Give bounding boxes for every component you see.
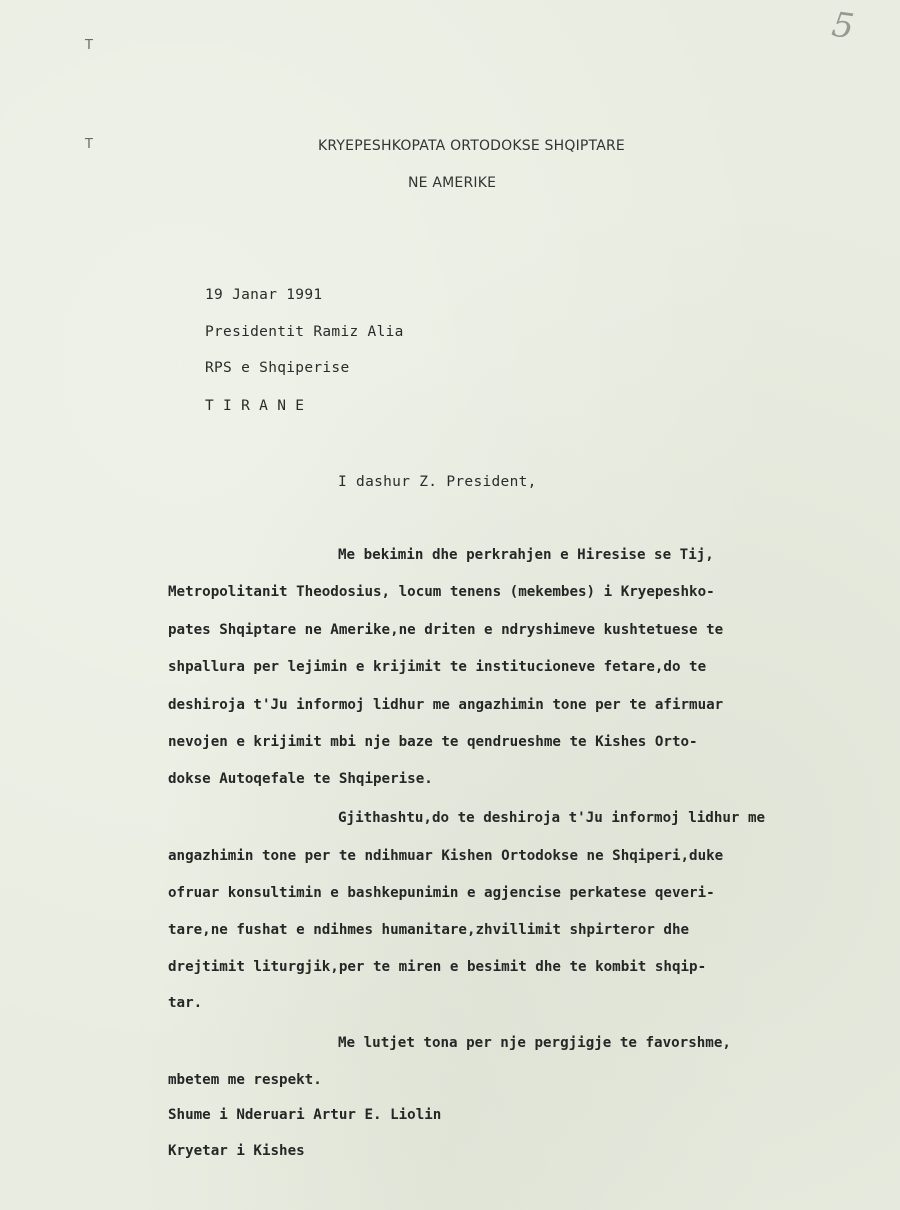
paragraph-line: dokse Autoqefale te Shqiperise.: [168, 771, 433, 787]
closing-line: mbetem me respekt.: [168, 1072, 322, 1088]
recipient-name: Presidentit Ramiz Alia: [205, 324, 404, 340]
letterhead-organization: KRYEPESHKOPATA ORTODOKSE SHQIPTARE: [318, 138, 625, 154]
paragraph-line: angazhimin tone per te ndihmuar Kishen O…: [168, 848, 723, 864]
signatory-title: Kryetar i Kishes: [168, 1143, 305, 1159]
letter-date: 19 Janar 1991: [205, 287, 322, 303]
margin-mark-header: T: [85, 137, 93, 152]
handwritten-page-number: 5: [829, 5, 856, 48]
letter-page: T T 5 KRYEPESHKOPATA ORTODOKSE SHQIPTARE…: [0, 0, 900, 1210]
paragraph-line: ofruar konsultimin e bashkepunimin e agj…: [168, 885, 715, 901]
paragraph-line: deshiroja t'Ju informoj lidhur me angazh…: [168, 697, 723, 713]
paragraph-line: nevojen e krijimit mbi nje baze te qendr…: [168, 734, 698, 750]
paragraph-line: tar.: [168, 995, 202, 1011]
paragraph-line: Me bekimin dhe perkrahjen e Hiresise se …: [338, 547, 714, 563]
paragraph-line: shpallura per lejimin e krijimit te inst…: [168, 659, 706, 675]
closing-line: Me lutjet tona per nje pergjigje te favo…: [338, 1035, 731, 1051]
recipient-country: RPS e Shqiperise: [205, 360, 349, 376]
paragraph-line: pates Shqiptare ne Amerike,ne driten e n…: [168, 622, 723, 638]
paragraph-line: tare,ne fushat e ndihmes humanitare,zhvi…: [168, 922, 689, 938]
paragraph-line: Gjithashtu,do te deshiroja t'Ju informoj…: [338, 810, 765, 826]
salutation: I dashur Z. President,: [338, 474, 537, 490]
margin-mark-top: T: [85, 38, 93, 53]
paragraph-line: drejtimit liturgjik,per te miren e besim…: [168, 959, 706, 975]
letterhead-location: NE AMERIKE: [408, 175, 496, 191]
recipient-city: T I R A N E: [205, 398, 304, 414]
paragraph-line: Metropolitanit Theodosius, locum tenens …: [168, 584, 715, 600]
signatory-name: Shume i Nderuari Artur E. Liolin: [168, 1107, 441, 1123]
